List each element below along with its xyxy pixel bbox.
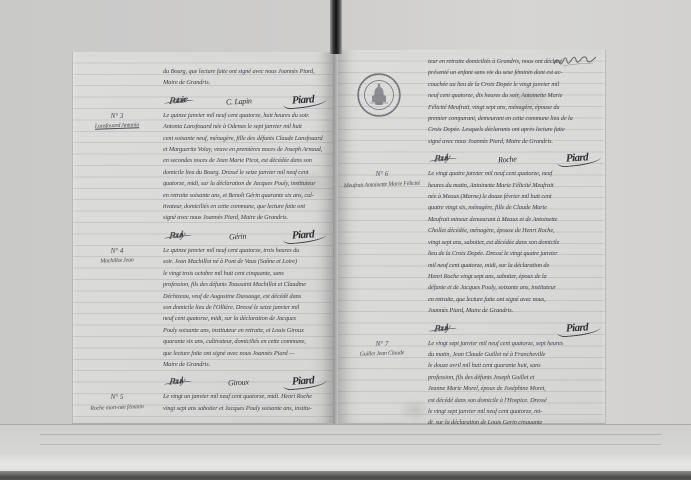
entry-line-3: quatre vingt six, ménagère, fille de Cla…: [428, 202, 602, 213]
entry-line-9: signé avec nous Joannès Piard, Maire de …: [163, 212, 328, 223]
entry-line-0: Le vingt sept janvier mil neuf cent quat…: [428, 338, 602, 349]
book-fore-edge-highlight: [0, 454, 691, 471]
entry-line-3: profession, fils des défunts Joseph Guil…: [428, 372, 602, 383]
entry-line-10: Maire de Grandris.: [163, 359, 328, 370]
entry-line-0: Le quinze janvier mil neuf cent quatorze…: [163, 245, 328, 256]
signature-piard: Piard: [566, 321, 589, 334]
signature-pouly: Pouly: [433, 323, 449, 335]
entry-deceased-name: Roche mort-née féminin: [73, 402, 161, 414]
paper-smudge: [398, 398, 432, 422]
entry-margin-note: [73, 66, 161, 108]
entry-line-2: cent soixante neuf, ménagère, fille des …: [163, 133, 328, 144]
signature-piard: Piard: [566, 152, 589, 165]
paper-smudge: [288, 168, 328, 202]
page-edge-line: [40, 434, 661, 435]
register-scan: du Bourg, que lecture faite ont signé av…: [0, 0, 691, 480]
entry-line-9: que lecture faite ont signé avec nous Jo…: [163, 348, 328, 359]
entry-line-1: soir. Jean Machillot né à Pont de Vaux (…: [163, 256, 328, 267]
entry-line-4: Meufrait mineur demeurant à Meaux et de …: [428, 214, 602, 225]
signature-gérin: Gérin: [229, 231, 247, 241]
signature-roche: Roche: [498, 155, 517, 165]
signatures-row: PoulyGirouxPiard: [163, 370, 328, 389]
signature-pouly: Pouly: [433, 153, 449, 165]
signature-piard: Piard: [292, 93, 315, 106]
signature-piard: Piard: [292, 228, 315, 241]
entry-deceased-name: Lansfouard Antonia: [73, 121, 161, 133]
book-page-block-edge: [0, 424, 691, 455]
entry-line-1: vingt sept ans sabotier et Jacques Pouly…: [163, 403, 328, 414]
signatures-row: PoulyPiard: [428, 317, 602, 336]
entry-line-6: le vingt sept janvier mil neuf cent quat…: [428, 406, 602, 417]
entry-margin-note: N° 4Machillot Jean: [73, 245, 161, 389]
entry-line-6: Croix Dopée. Lesquels déclarants ont apr…: [428, 124, 602, 135]
register-entry-left_page-2: N° 4Machillot JeanLe quinze janvier mil …: [73, 245, 331, 389]
left-page-entries: du Bourg, que lecture faite ont signé av…: [73, 66, 331, 414]
entry-line-8: quarante six ans, cultivateur, domicilié…: [163, 336, 328, 347]
book-spine-top: [330, 0, 342, 54]
entry-body-text: Le vingt sept janvier mil neuf cent quat…: [428, 338, 605, 429]
signature-giroux: Giroux: [227, 378, 248, 388]
entry-deceased-name: Meufrait Antoinette Marie Félicité: [338, 179, 426, 191]
mairie-round-stamp-icon: [356, 72, 402, 118]
entry-line-11: en retraite, que lecture faite ont signé…: [428, 294, 602, 305]
entry-line-6: vingt sept ans, sabotier, est décédée da…: [428, 237, 602, 248]
entry-body-text: Le vingt un janvier mil neuf cent quator…: [163, 391, 331, 414]
entry-line-0: Le vingt quatre janvier mil neuf cent qu…: [428, 168, 602, 179]
entry-deceased-name: Machillot Jean: [73, 256, 161, 268]
paper-smudge: [505, 84, 551, 114]
entry-line-1: Maire de Grandris.: [163, 77, 328, 88]
register-right-page: teur en retraite domiciliés à Grandris, …: [338, 50, 606, 424]
entry-line-5: Chollet décédée, ménagère, épouse de Hen…: [428, 225, 602, 236]
entry-margin-note: N° 3Lansfouard Antonia: [73, 110, 161, 243]
entry-line-2: le douze avril mil huit cent quarante hu…: [428, 360, 602, 371]
entry-margin-note: N° 5Roche mort-née féminin: [73, 391, 161, 414]
entry-line-1: présenté un enfant sans vie du sexe fémi…: [428, 67, 602, 78]
table-edge-shadow: [0, 471, 691, 480]
register-left-page: du Bourg, que lecture faite ont signé av…: [72, 52, 333, 424]
signature-pouly: Pouly: [168, 230, 184, 242]
register-entry-left_page-3: N° 5Roche mort-née fémininLe vingt un ja…: [73, 391, 331, 414]
entry-line-9: Henri Roche vingt sept ans, sabotier, ép…: [428, 271, 602, 282]
entry-line-7: signé avec nous Joannès Piard, Maire de …: [428, 136, 602, 147]
entry-body-text: Le vingt quatre janvier mil neuf cent qu…: [428, 168, 605, 335]
signature-pouly: Pouly: [168, 376, 184, 388]
entry-body-text: Le quinze janvier mil neuf cent quatorze…: [163, 245, 331, 389]
entry-line-4: en secondes noces de Jean Marie Picot, e…: [163, 155, 328, 166]
entry-line-5: son domicile lieu de l'Ollière. Dressé l…: [163, 302, 328, 313]
entry-line-3: profession, fils des défunts Toussaint M…: [163, 279, 328, 290]
entry-line-5: premier comparant, demeurant en cette co…: [428, 113, 602, 124]
entry-line-12: Joannès Piard, Maire de Grandris.: [428, 305, 602, 316]
signature-c. lapin: C. Lapin: [226, 96, 252, 106]
signatures-row: PoulyGérinPiard: [163, 224, 328, 243]
entry-line-8: mil neuf cent quatorze, midi, sur la déc…: [428, 260, 602, 271]
entry-body-text: du Bourg, que lecture faite ont signé av…: [163, 66, 331, 108]
book-gutter-shadow: [333, 50, 338, 424]
entry-line-0: du Bourg, que lecture faite ont signé av…: [163, 66, 328, 77]
page-edge-line: [40, 444, 661, 445]
entry-line-0: Le quinze janvier mil neuf cent quatorze…: [163, 110, 328, 121]
entry-line-10: défunte et de Jacques Pouly, soixante an…: [428, 282, 602, 293]
register-entry-right_page-2: N° 7Guillet Jean ClaudeLe vingt sept jan…: [338, 338, 605, 429]
signature-piard: Piard: [292, 375, 315, 388]
marginal-scrawl-annotation: [551, 53, 599, 69]
entry-line-3: et Marguerite Volay, veuve en premières …: [163, 144, 328, 155]
register-entry-left_page-0: du Bourg, que lecture faite ont signé av…: [73, 66, 331, 108]
signatures-row: PoulyRochePiard: [428, 147, 602, 166]
entry-line-7: Pouly soixante ans, instituteur en retra…: [163, 325, 328, 336]
entry-line-6: neuf cent quatorze, midi, sur la déclara…: [163, 313, 328, 324]
entry-line-5: est décédé dans son domicile à l'Hospice…: [428, 395, 602, 406]
signatures-row: PotoizeC. LapinPiard: [163, 89, 328, 108]
entry-line-2: née à Meaux (Marne) le douze février mil…: [428, 191, 602, 202]
entry-line-4: Jeanne Marie Morel, époux de Joséphine M…: [428, 383, 602, 394]
register-entry-right_page-1: N° 6Meufrait Antoinette Marie FélicitéLe…: [338, 168, 605, 335]
entry-line-2: le vingt trois octobre mil huit cent cin…: [163, 268, 328, 279]
entry-deceased-name: Guillet Jean Claude: [338, 348, 426, 360]
entry-line-7: lieu de la Croix Dopée. Dressé le vingt …: [428, 248, 602, 259]
entry-line-8: tivateur, domiciliés en cette commune, q…: [163, 201, 328, 212]
entry-margin-note: N° 6Meufrait Antoinette Marie Félicité: [338, 168, 426, 335]
entry-line-4: Déchizeau, veuf de Augustine Dussauge, e…: [163, 291, 328, 302]
entry-line-1: Antonia Lansfouard née à Odenas le sept …: [163, 121, 328, 132]
entry-line-1: heures du matin, Antoinette Marie Félici…: [428, 180, 602, 191]
signature-potoize: Potoize: [168, 95, 187, 107]
entry-line-1: du matin, Jean Claude Guillet né à Franc…: [428, 349, 602, 360]
entry-line-0: Le vingt un janvier mil neuf cent quator…: [163, 391, 328, 402]
